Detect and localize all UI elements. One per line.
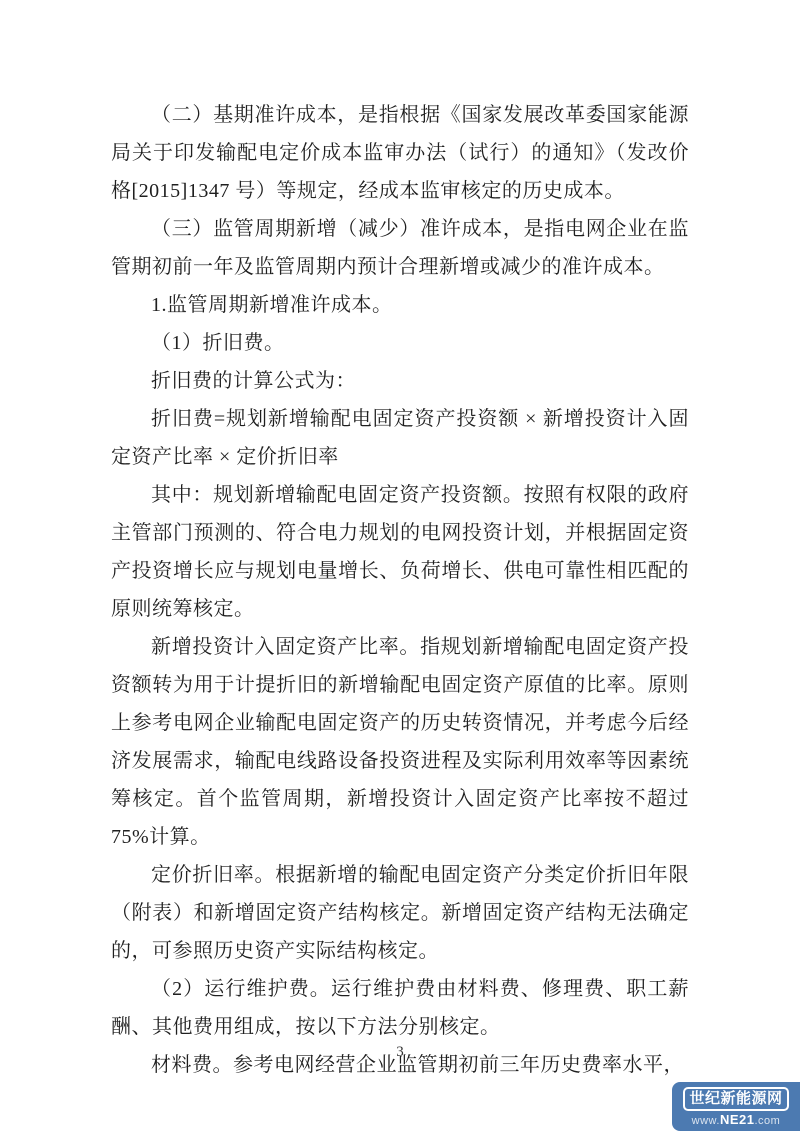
paragraph: （2）运行维护费。运行维护费由材料费、修理费、职工薪酬、其他费用组成，按以下方法… (111, 970, 689, 1046)
paragraph: 折旧费的计算公式为： (111, 362, 689, 400)
paragraph: 折旧费=规划新增输配电固定资产投资额 × 新增投资计入固定资产比率 × 定价折旧… (111, 400, 689, 476)
ne21-watermark-logo: 世纪新能源网 www.NE21.com (672, 1082, 800, 1131)
watermark-title-box: 世纪新能源网 (683, 1087, 788, 1111)
paragraph: 定价折旧率。根据新增的输配电固定资产分类定价折旧年限（附表）和新增固定资产结构核… (111, 856, 689, 970)
page-number: 3 (0, 1044, 800, 1061)
paragraph: 新增投资计入固定资产比率。指规划新增输配电固定资产投资额转为用于计提折旧的新增输… (111, 628, 689, 856)
watermark-url-name: NE21 (720, 1112, 755, 1127)
paragraph: （二）基期准许成本，是指根据《国家发展改革委国家能源局关于印发输配电定价成本监审… (111, 96, 689, 210)
paragraph: （1）折旧费。 (111, 324, 689, 362)
watermark-url: www.NE21.com (672, 1112, 800, 1129)
watermark-url-tld: .com (754, 1115, 780, 1127)
paragraph: （三）监管周期新增（减少）准许成本，是指电网企业在监管期初前一年及监管周期内预计… (111, 210, 689, 286)
watermark-title: 世纪新能源网 (689, 1090, 782, 1107)
document-body: （二）基期准许成本，是指根据《国家发展改革委国家能源局关于印发输配电定价成本监审… (111, 96, 689, 1084)
paragraph: 1.监管周期新增准许成本。 (111, 286, 689, 324)
paragraph: 其中：规划新增输配电固定资产投资额。按照有权限的政府主管部门预测的、符合电力规划… (111, 476, 689, 628)
watermark-url-www: www. (692, 1115, 720, 1127)
document-page: （二）基期准许成本，是指根据《国家发展改革委国家能源局关于印发输配电定价成本监审… (0, 0, 800, 1131)
